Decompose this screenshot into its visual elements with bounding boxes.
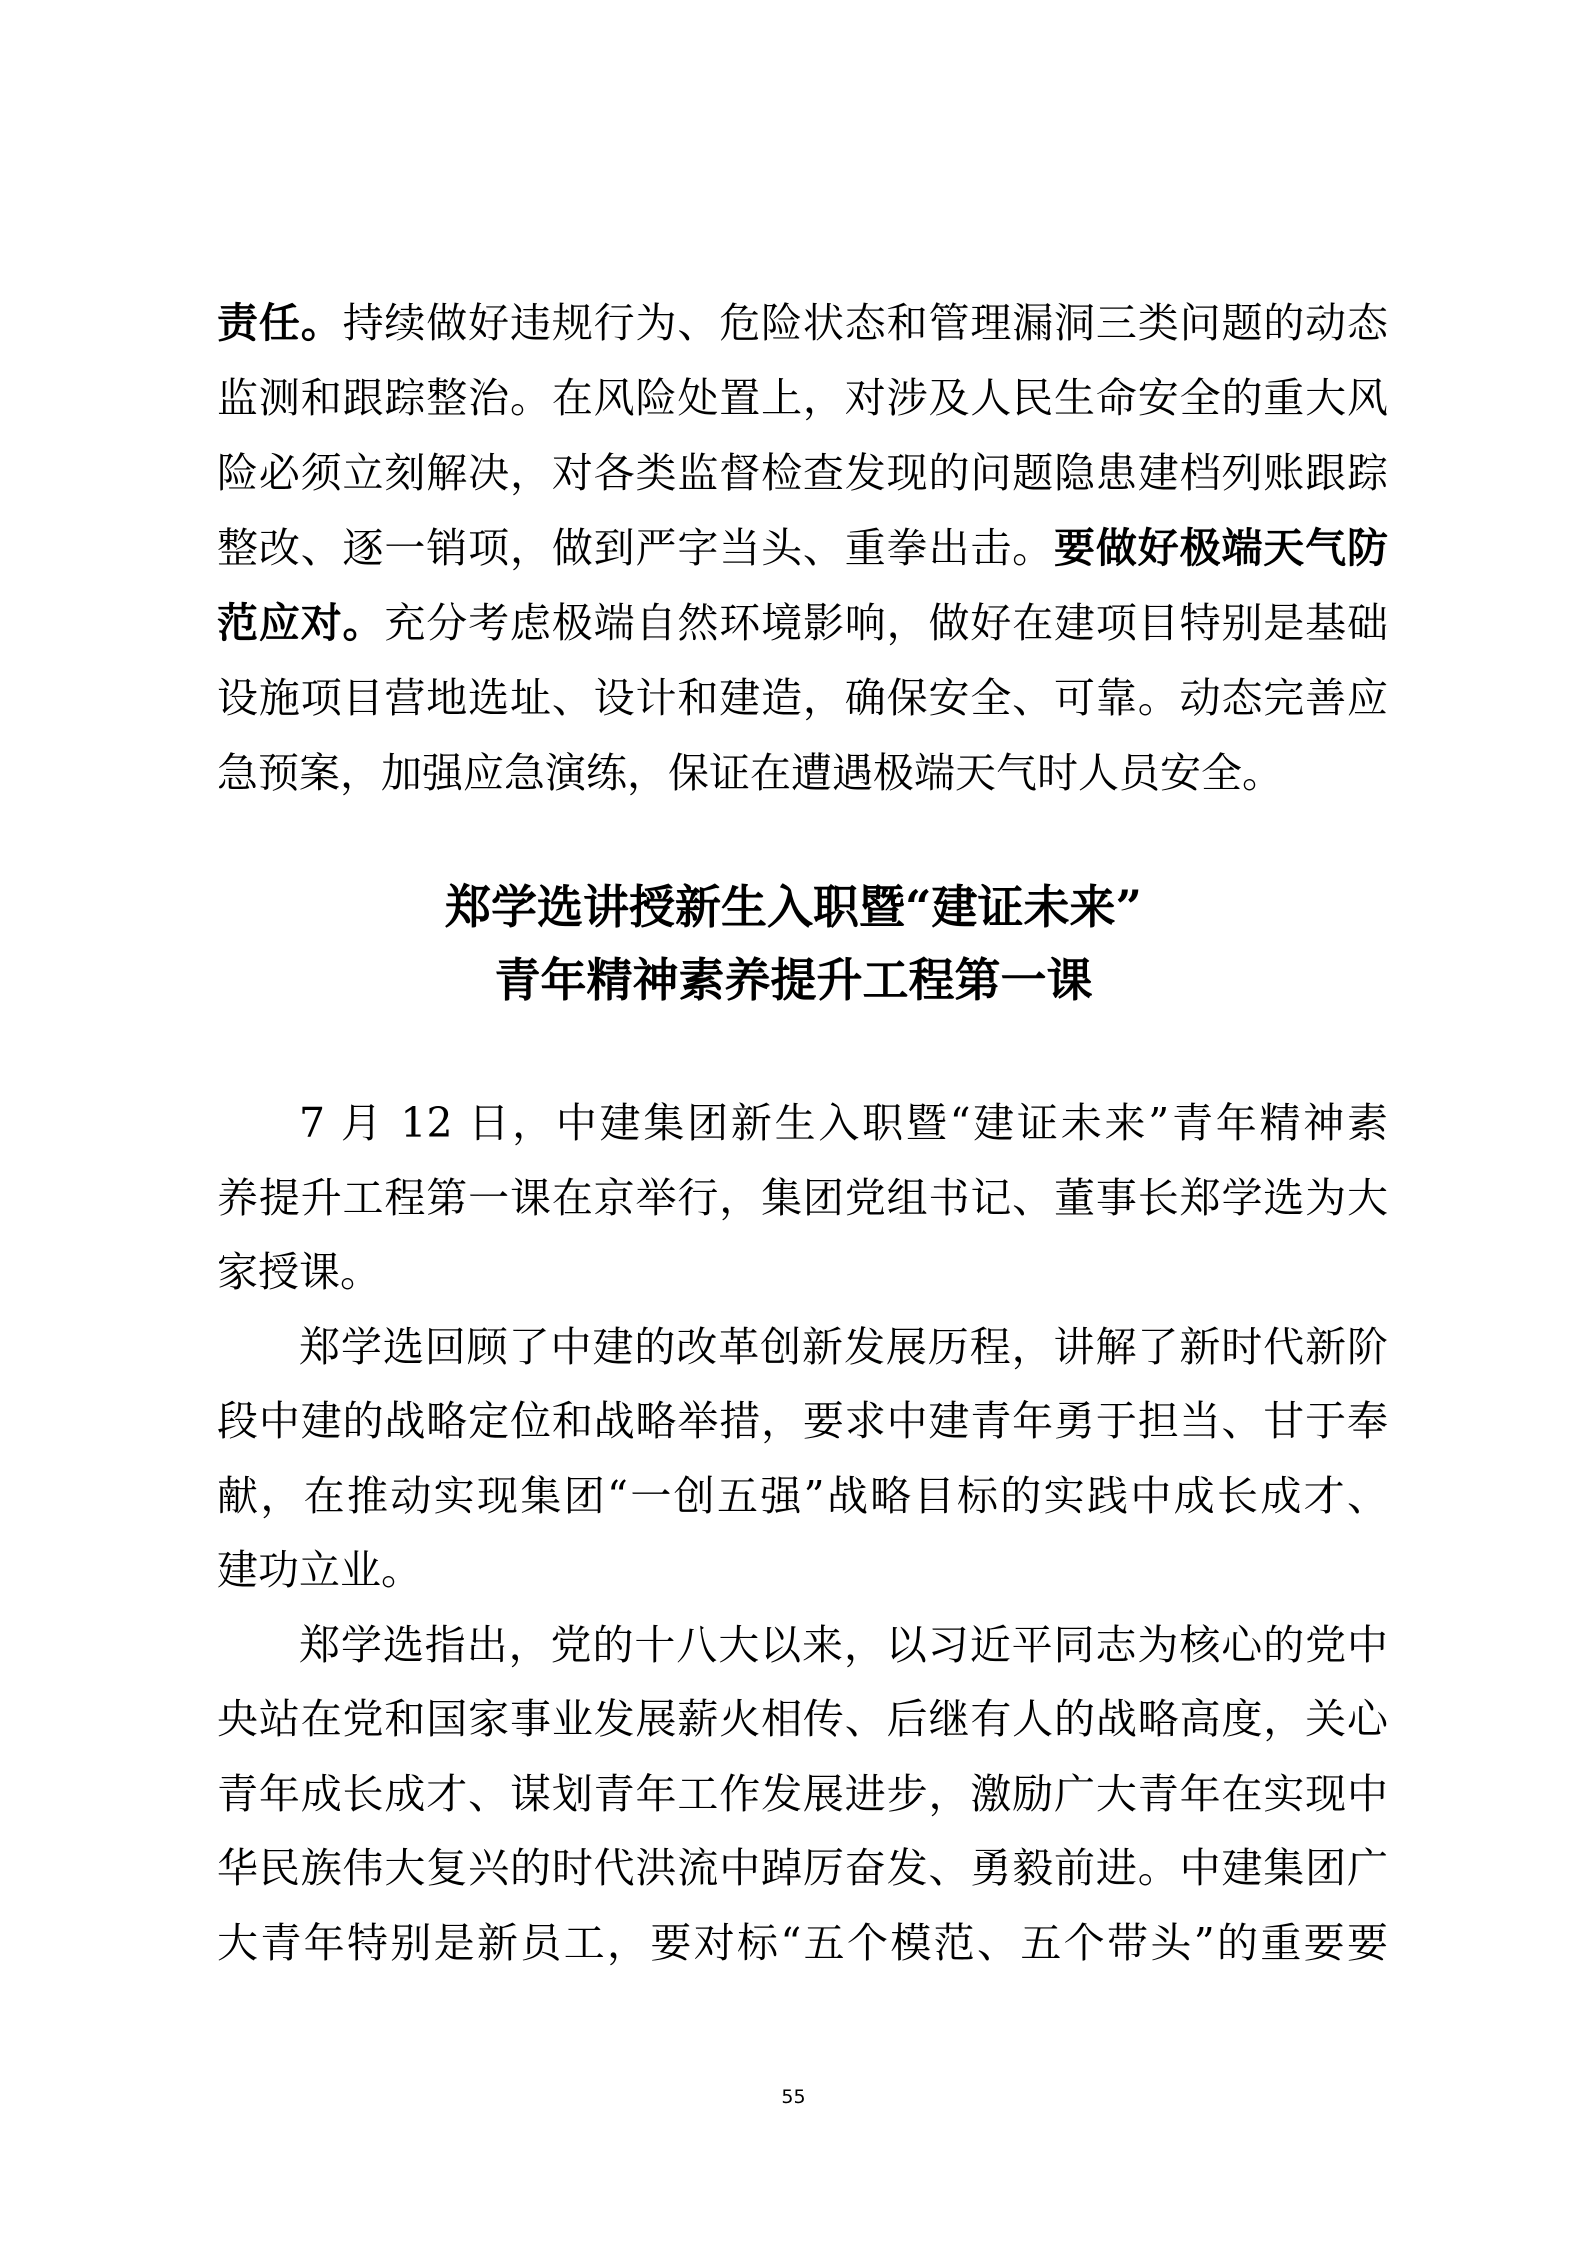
text-line: 监测和跟踪整治。在风险处置上，对涉及人民生命安全的重大风 xyxy=(217,361,1388,436)
line-text: 险必须立刻解决，对各类监督检查发现的问题隐患建档列账跟踪 xyxy=(217,449,1388,497)
page-number: 55 xyxy=(0,2084,1587,2110)
article-title-line-1: 郑学选讲授新生入职暨“建证未来” xyxy=(0,871,1587,944)
line-text: 持续做好违规行为、危险状态和管理漏洞三类问题的动态 xyxy=(343,299,1388,347)
text-line: 郑学选指出，党的十八大以来，以习近平同志为核心的党中 xyxy=(217,1608,1388,1683)
text-line: 青年成长成才、谋划青年工作发展进步，激励广大青年在实现中 xyxy=(217,1757,1388,1832)
text-line: 险必须立刻解决，对各类监督检查发现的问题隐患建档列账跟踪 xyxy=(217,436,1388,511)
line-text: 急预案，加强应急演练，保证在遭遇极端天气时人员安全。 xyxy=(217,749,1283,797)
text-line: 郑学选回顾了中建的改革创新发展历程，讲解了新时代新阶 xyxy=(217,1310,1388,1385)
line-text: 整改、逐一销项，做到严字当头、重拳出击。 xyxy=(217,524,1054,572)
text-line: 家授课。 xyxy=(217,1235,1388,1310)
bold-lead: 责任。 xyxy=(217,299,343,347)
text-line: 7 月 12 日，中建集团新生入职暨“建证未来”青年精神素 xyxy=(217,1086,1388,1161)
previous-section-text: 责任。持续做好违规行为、危险状态和管理漏洞三类问题的动态 监测和跟踪整治。在风险… xyxy=(217,286,1388,811)
document-page: 责任。持续做好违规行为、危险状态和管理漏洞三类问题的动态 监测和跟踪整治。在风险… xyxy=(0,0,1587,2245)
bold-lead: 范应对。 xyxy=(217,599,384,647)
text-line: 献，在推动实现集团“一创五强”战略目标的实践中成长成才、 xyxy=(217,1459,1388,1534)
text-line: 央站在党和国家事业发展薪火相传、后继有人的战略高度，关心 xyxy=(217,1682,1388,1757)
text-line: 急预案，加强应急演练，保证在遭遇极端天气时人员安全。 xyxy=(217,736,1388,811)
text-line: 华民族伟大复兴的时代洪流中踔厉奋发、勇毅前进。中建集团广 xyxy=(217,1831,1388,1906)
text-line: 段中建的战略定位和战略举措，要求中建青年勇于担当、甘于奉 xyxy=(217,1384,1388,1459)
paragraph: 7 月 12 日，中建集团新生入职暨“建证未来”青年精神素 养提升工程第一课在京… xyxy=(217,1086,1388,1310)
text-line: 整改、逐一销项，做到严字当头、重拳出击。要做好极端天气防 xyxy=(217,511,1388,586)
article-title-line-2: 青年精神素养提升工程第一课 xyxy=(0,944,1587,1017)
bold-lead: 要做好极端天气防 xyxy=(1054,524,1388,572)
line-text: 监测和跟踪整治。在风险处置上，对涉及人民生命安全的重大风 xyxy=(217,374,1388,422)
text-line: 养提升工程第一课在京举行，集团党组书记、董事长郑学选为大 xyxy=(217,1161,1388,1236)
text-line: 范应对。充分考虑极端自然环境影响，做好在建项目特别是基础 xyxy=(217,586,1388,661)
paragraph: 郑学选指出，党的十八大以来，以习近平同志为核心的党中 央站在党和国家事业发展薪火… xyxy=(217,1608,1388,1981)
paragraph: 郑学选回顾了中建的改革创新发展历程，讲解了新时代新阶 段中建的战略定位和战略举措… xyxy=(217,1310,1388,1608)
text-line: 责任。持续做好违规行为、危险状态和管理漏洞三类问题的动态 xyxy=(217,286,1388,361)
text-line: 建功立业。 xyxy=(217,1533,1388,1608)
text-line: 设施项目营地选址、设计和建造，确保安全、可靠。动态完善应 xyxy=(217,661,1388,736)
text-line: 大青年特别是新员工，要对标“五个模范、五个带头”的重要要 xyxy=(217,1906,1388,1981)
article-body: 7 月 12 日，中建集团新生入职暨“建证未来”青年精神素 养提升工程第一课在京… xyxy=(217,1086,1388,1980)
line-text: 设施项目营地选址、设计和建造，确保安全、可靠。动态完善应 xyxy=(217,674,1388,722)
article-title: 郑学选讲授新生入职暨“建证未来” 青年精神素养提升工程第一课 xyxy=(0,871,1587,1017)
line-text: 充分考虑极端自然环境影响，做好在建项目特别是基础 xyxy=(384,599,1388,647)
